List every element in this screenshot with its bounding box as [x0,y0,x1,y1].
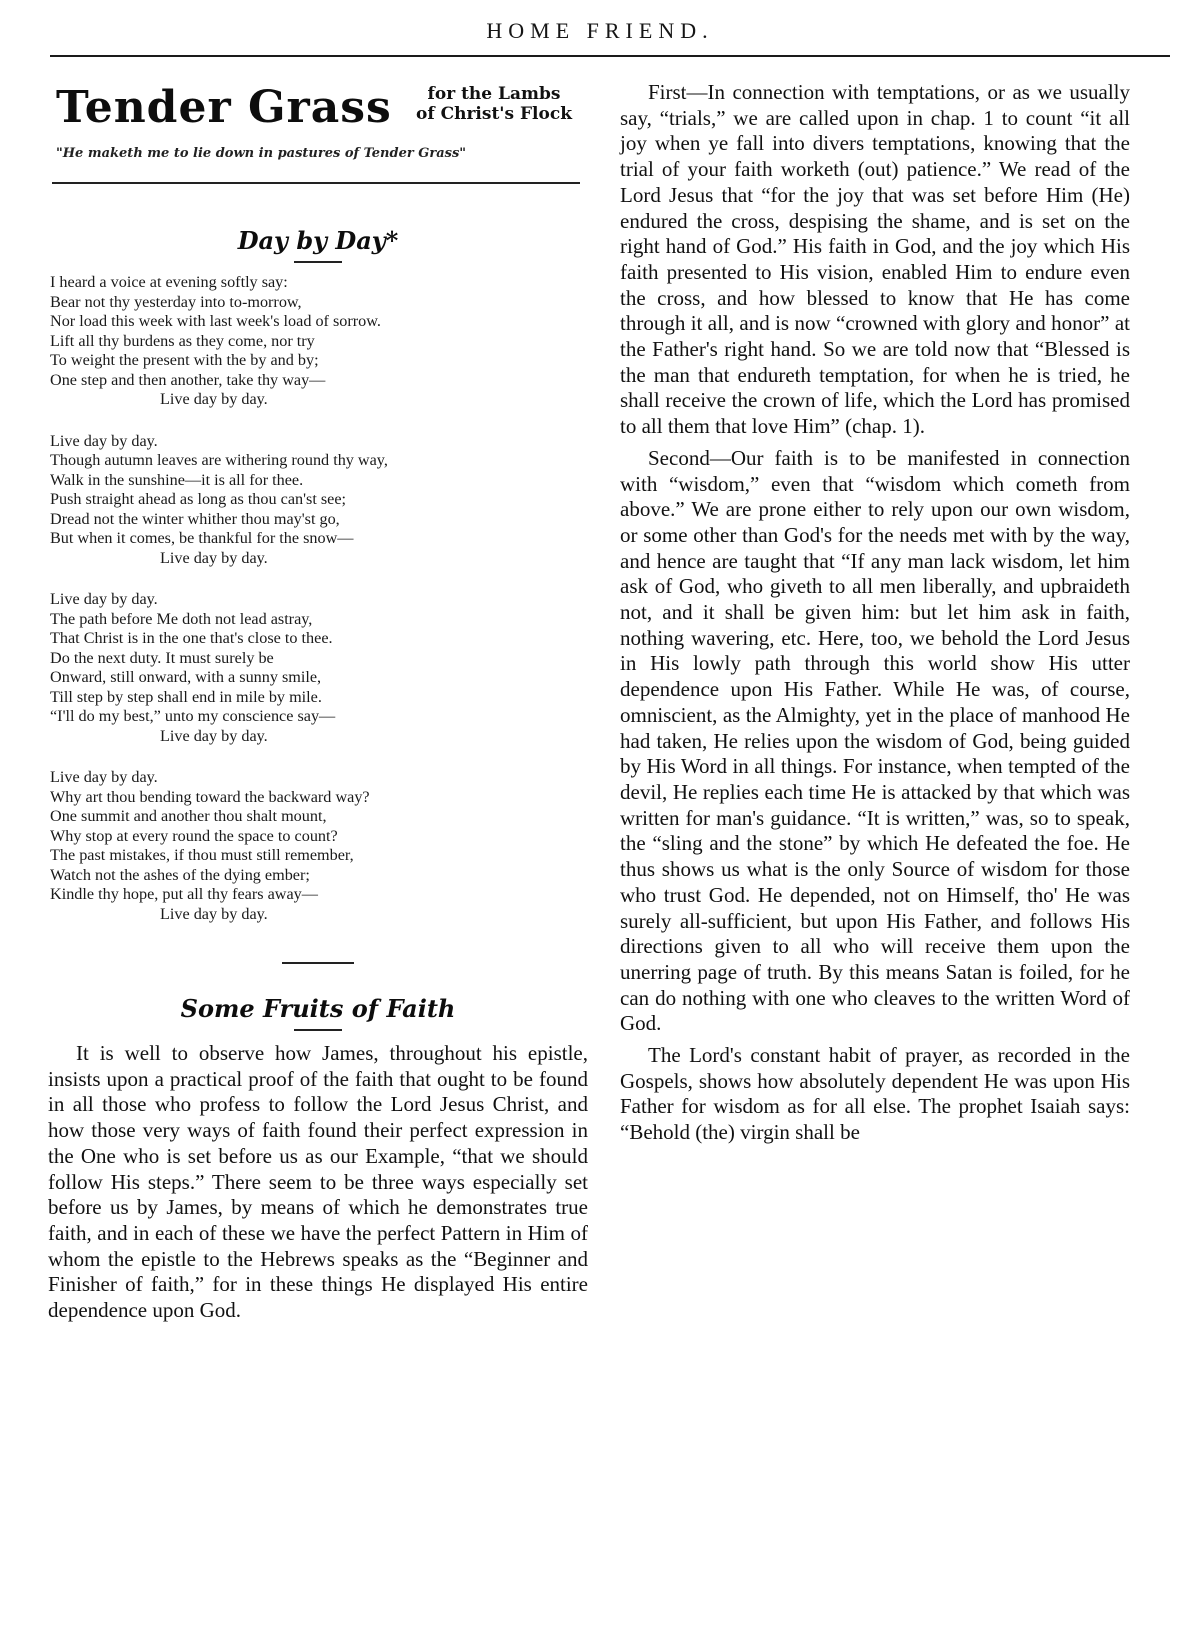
poem-line: Push straight ahead as long as thou can'… [50,490,588,510]
poem-refrain: Live day by day. [50,390,588,410]
poem-line: Though autumn leaves are withering round… [50,451,588,471]
poem-line: I heard a voice at evening softly say: [50,273,588,293]
poem-line: Dread not the winter whither thou may'st… [50,510,588,530]
article-title: Some Fruits of Faith [48,994,588,1023]
poem-line: Kindle thy hope, put all thy fears away— [50,885,588,905]
poem-line: Live day by day. [50,768,588,788]
poem-line: “I'll do my best,” unto my conscience sa… [50,707,588,727]
poem-line: Bear not thy yesterday into to-morrow, [50,293,588,313]
poem-stanza: Live day by day. Why art thou bending to… [50,768,588,924]
masthead: Tender Grass for the Lambs of Christ's F… [48,82,588,168]
poem-refrain: Live day by day. [50,905,588,925]
running-head: HOME FRIEND. [0,18,1200,44]
article-body-right: First—In connection with temptations, or… [620,80,1130,1146]
poem-line: Walk in the sunshine—it is all for thee. [50,471,588,491]
article-paragraph: It is well to observe how James, through… [48,1041,588,1324]
poem-line: That Christ is in the one that's close t… [50,629,588,649]
poem-title-rule [294,261,342,263]
article-paragraph: First—In connection with temptations, or… [620,80,1130,440]
section-divider [282,962,354,964]
poem-line: Onward, still onward, with a sunny smile… [50,668,588,688]
poem-line: Nor load this week with last week's load… [50,312,588,332]
poem-line: Watch not the ashes of the dying ember; [50,866,588,886]
article-title-rule [294,1029,342,1031]
article-body-left: It is well to observe how James, through… [48,1041,588,1324]
poem-line: Live day by day. [50,590,588,610]
poem-line: The path before Me doth not lead astray, [50,610,588,630]
poem-stanza: Live day by day. The path before Me doth… [50,590,588,746]
masthead-rule [52,182,580,184]
left-column: Tender Grass for the Lambs of Christ's F… [48,62,588,1330]
header-rule [50,55,1170,57]
article-paragraph: The Lord's constant habit of prayer, as … [620,1043,1130,1146]
poem-line: One step and then another, take thy way— [50,371,588,391]
poem-body: I heard a voice at evening softly say: B… [50,273,588,924]
poem-line: Do the next duty. It must surely be [50,649,588,669]
masthead-subtitle: for the Lambs of Christ's Flock [416,84,572,124]
poem-line: One summit and another thou shalt mount, [50,807,588,827]
poem-title: Day by Day* [48,226,588,255]
masthead-subtitle-line-2: of Christ's Flock [416,104,572,124]
poem-line: Till step by step shall end in mile by m… [50,688,588,708]
poem-stanza: Live day by day. Though autumn leaves ar… [50,432,588,569]
poem-stanza: I heard a voice at evening softly say: B… [50,273,588,410]
masthead-quote: "He maketh me to lie down in pastures of… [56,146,466,161]
poem-line: The past mistakes, if thou must still re… [50,846,588,866]
masthead-title: Tender Grass [56,82,392,133]
poem-refrain: Live day by day. [50,727,588,747]
poem-line: Why stop at every round the space to cou… [50,827,588,847]
poem-line: Why art thou bending toward the backward… [50,788,588,808]
masthead-subtitle-line-1: for the Lambs [416,84,572,104]
poem-line: Lift all thy burdens as they come, nor t… [50,332,588,352]
article-paragraph: Second—Our faith is to be manifested in … [620,446,1130,1037]
poem-refrain: Live day by day. [50,549,588,569]
poem-line: To weight the present with the by and by… [50,351,588,371]
poem-line: Live day by day. [50,432,588,452]
right-column: First—In connection with temptations, or… [620,80,1130,1152]
poem-line: But when it comes, be thankful for the s… [50,529,588,549]
